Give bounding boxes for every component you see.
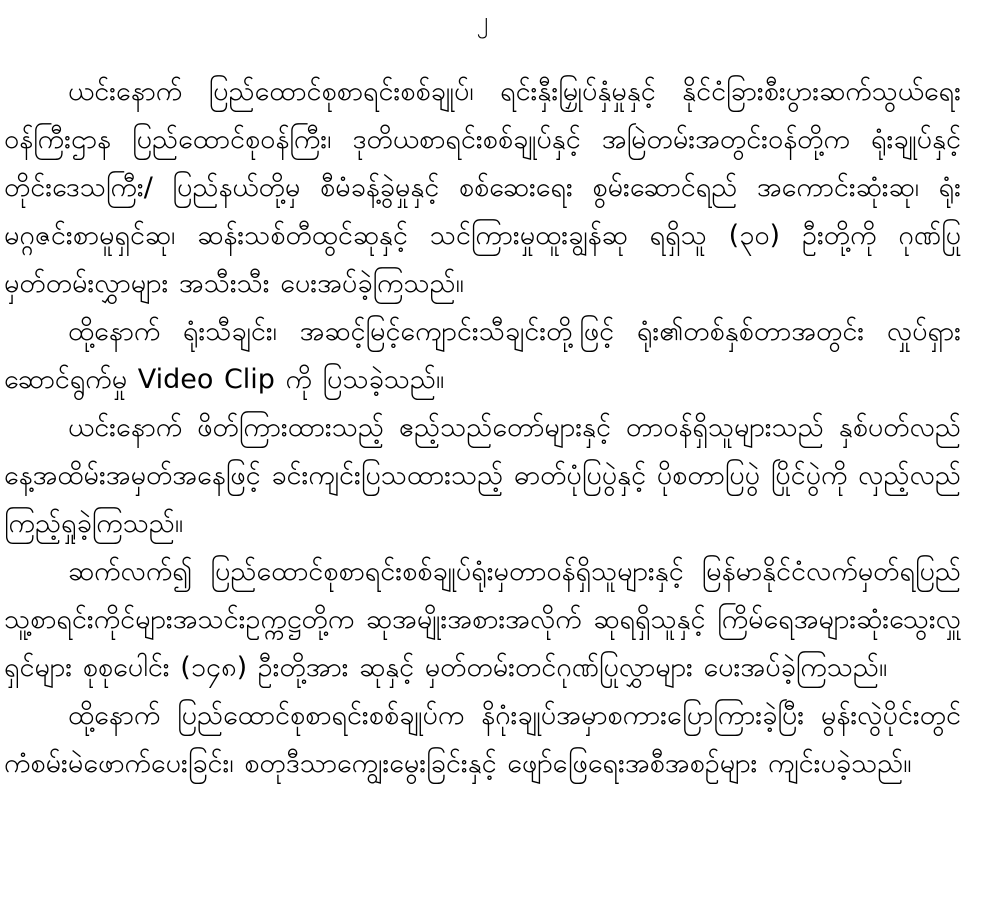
- paragraph: ယင်းနောက် ပြည်ထောင်စုစာရင်းစစ်ချုပ်၊ ရင်…: [4, 68, 961, 308]
- paragraph: ဆက်လက်၍ ပြည်ထောင်စုစာရင်းစစ်ချုပ်ရုံးမှတ…: [4, 548, 961, 692]
- paragraph: ထို့နောက် ရုံးသီချင်း၊ အဆင့်မြင့်ကျောင်း…: [4, 308, 961, 404]
- document-page: ၂ ယင်းနောက် ပြည်ထောင်စုစာရင်းစစ်ချုပ်၊ ရ…: [0, 0, 983, 918]
- page-number: ၂: [4, 6, 961, 36]
- paragraph: ထို့နောက် ပြည်ထောင်စုစာရင်းစစ်ချုပ်က နိဂ…: [4, 692, 961, 788]
- document-body: ယင်းနောက် ပြည်ထောင်စုစာရင်းစစ်ချုပ်၊ ရင်…: [4, 68, 961, 788]
- paragraph: ယင်းနောက် ဖိတ်ကြားထားသည့် ဧည့်သည်တော်မျာ…: [4, 404, 961, 548]
